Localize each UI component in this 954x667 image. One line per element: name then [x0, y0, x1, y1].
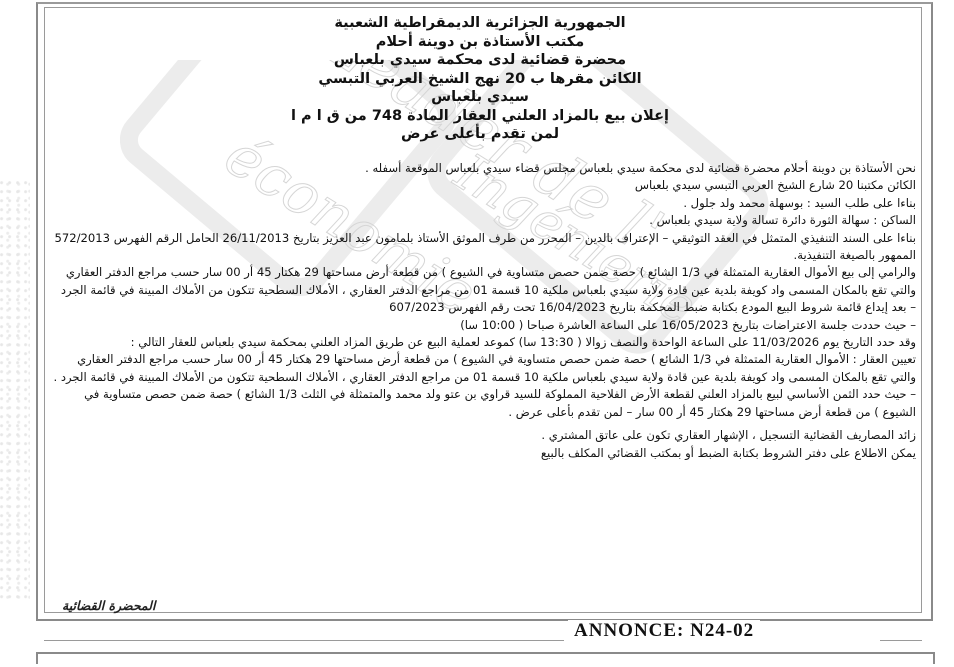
header-line-bailiff: محضرة قضائية لدى محكمة سيدي بلعباس [200, 51, 760, 70]
header-line-office: مكتب الأستاذة بن دوينة أحلام [200, 33, 760, 52]
announcement-body: نحن الأستاذة بن دوينة أحلام محضرة قضائية… [52, 160, 916, 462]
header-line-republic: الجمهورية الجزائرية الديمقراطية الشعبية [200, 14, 760, 33]
body-paragraph-office: الكائن مكتبنا 20 شارع الشيخ العربي التبس… [52, 177, 916, 194]
signature: المحضرة القضائية [62, 598, 155, 613]
body-paragraph-property: والرامي إلى بيع الأموال العقارية المتمثل… [52, 264, 916, 299]
divider-line [44, 640, 564, 641]
announcement-header: الجمهورية الجزائرية الديمقراطية الشعبية … [200, 14, 760, 144]
body-paragraph-fees: زائد المصاريف القضائية التسجيل ، الإشهار… [52, 427, 916, 444]
header-line-address: الكائن مقرها ب 20 نهج الشيخ العربي التبس… [200, 70, 760, 89]
annonce-number: ANNONCE: N24-02 [568, 620, 760, 642]
header-line-subtitle: لمن تقدم بأعلى عرض [200, 125, 760, 144]
next-frame-top [36, 652, 935, 664]
body-paragraph-intro: نحن الأستاذة بن دوينة أحلام محضرة قضائية… [52, 160, 916, 177]
body-paragraph-objections: – حيث حددت جلسة الاعتراضات بتاريخ 16/05/… [52, 317, 916, 334]
body-paragraph-enforcement: بناءا على السند التنفيذي المتمثل في العق… [52, 230, 916, 265]
body-paragraph-resident: الساكن : سهالة الثورة دائرة تسالة ولاية … [52, 212, 916, 229]
body-paragraph-deposit: – بعد إيداع قائمة شروط البيع المودع بكتا… [52, 299, 916, 316]
body-paragraph-request: بناءا على طلب السيد : بوسهلة محمد ولد جل… [52, 195, 916, 212]
header-line-city: سيدي بلعباس [200, 88, 760, 107]
body-paragraph-consultation: يمكن الاطلاع على دفتر الشروط بكتابة الضب… [52, 445, 916, 462]
body-paragraph-base-price: – حيث حدد الثمن الأساسي لبيع بالمزاد الع… [52, 386, 916, 421]
body-paragraph-property-designation: تعيين العقار : الأموال العقارية المتمثلة… [52, 351, 916, 386]
divider-line [880, 640, 922, 641]
header-line-title: إعلان بيع بالمزاد العلني العقار المادة 7… [200, 107, 760, 126]
body-paragraph-auction-date: وقد حدد التاريخ يوم 11/03/2026 على الساع… [52, 334, 916, 351]
scan-speckle [0, 180, 30, 600]
